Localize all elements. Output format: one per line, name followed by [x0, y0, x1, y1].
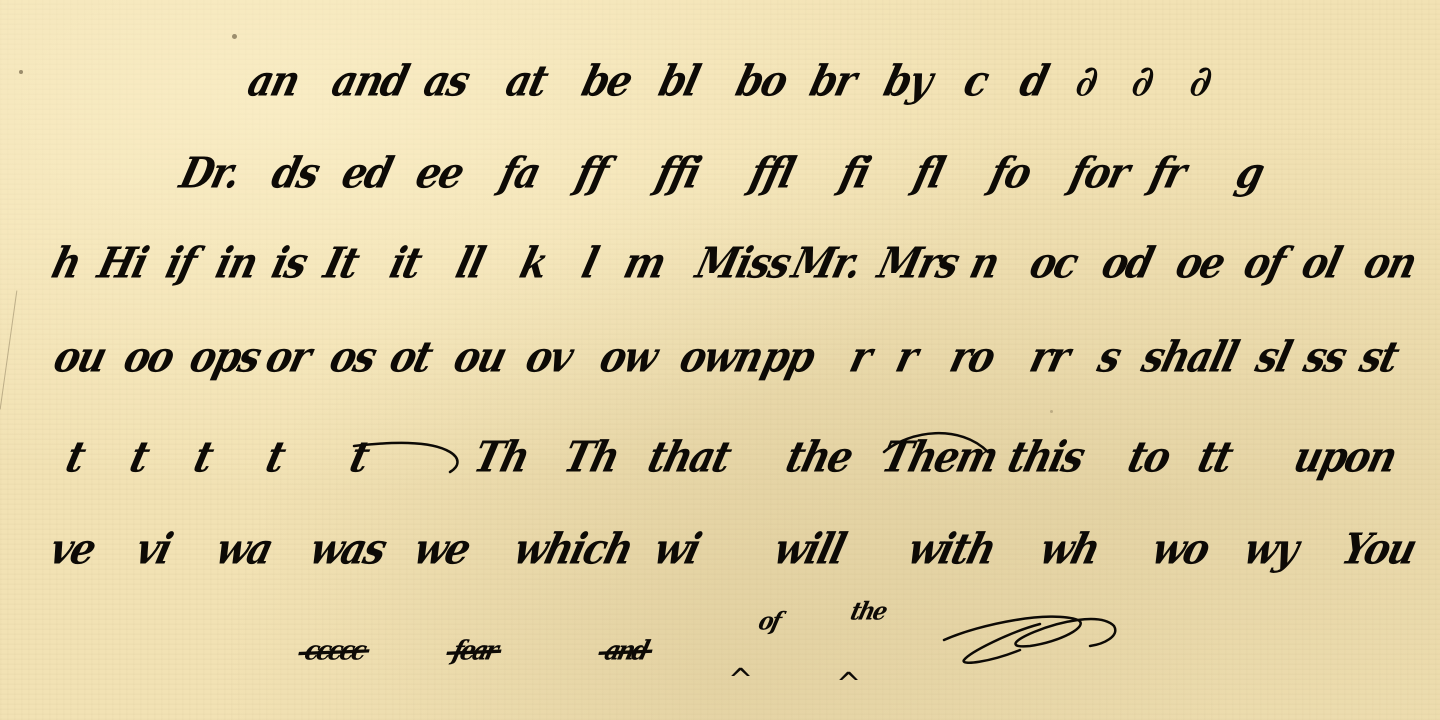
- insertion-caret-1: ^: [728, 666, 753, 696]
- glyph-will: will: [770, 527, 849, 570]
- corrections-row: ccccc fear and of ^ the ^: [0, 590, 1440, 700]
- glyph-row-3: h Hi if in is It it ll k l m Miss Mr. Mr…: [0, 204, 1440, 284]
- glyph-fi: fi: [836, 151, 873, 194]
- glyph-fo: fo: [986, 151, 1034, 194]
- glyph-ll: ll: [452, 241, 487, 284]
- glyph-ve: ve: [46, 527, 99, 570]
- glyph-round-d-3: ∂: [1186, 59, 1215, 102]
- glyph-tt: tt: [1194, 435, 1236, 478]
- glyph-od: od: [1098, 241, 1157, 284]
- glyph-row-4: ou oo ops or os ot ou ov ow own pp r r r…: [0, 298, 1440, 378]
- glyph-ro: ro: [946, 335, 998, 378]
- glyph-at: at: [502, 59, 551, 102]
- glyph-this: this: [1004, 435, 1088, 478]
- glyph-oo: oo: [120, 335, 177, 378]
- glyph-round-d-1: ∂: [1072, 59, 1101, 102]
- glyph-Th-1: Th: [470, 435, 533, 478]
- glyph-as: as: [420, 59, 473, 102]
- glyph-oe: oe: [1172, 241, 1228, 284]
- glyph-it: it: [386, 241, 425, 284]
- glyph-pp: pp: [758, 335, 818, 378]
- glyph-shall: shall: [1138, 335, 1241, 378]
- glyph-ou: ou: [50, 335, 110, 378]
- glyph-wy: wy: [1240, 527, 1301, 570]
- glyph-to: to: [1124, 435, 1174, 478]
- struck-word-2: fear: [450, 637, 498, 664]
- glyph-wa: wa: [212, 527, 276, 570]
- glyph-round-d-2: ∂: [1128, 59, 1157, 102]
- glyph-ffl: ffl: [746, 151, 798, 194]
- glyph-t-1: t: [62, 435, 88, 478]
- glyph-that: that: [644, 435, 734, 478]
- glyph-st: st: [1356, 335, 1402, 378]
- glyph-n: n: [966, 241, 1002, 284]
- glyph-of: of: [1240, 241, 1288, 284]
- glyph-ov: ov: [522, 335, 576, 378]
- glyph-t-4: t: [262, 435, 288, 478]
- glyph-row-1: an and as at be bl bo br by c d ∂ ∂ ∂: [0, 22, 1440, 102]
- glyph-row-2: Dr. ds ed ee fa ff ffi ffl fi fl fo for …: [0, 114, 1440, 194]
- glyph-on: on: [1360, 241, 1420, 284]
- glyph-with: with: [904, 527, 999, 570]
- glyph-g: g: [1232, 151, 1267, 194]
- glyph-Hi: Hi: [94, 241, 151, 284]
- struck-word-1: ccccc: [302, 637, 367, 664]
- glyph-rr: rr: [1026, 335, 1073, 378]
- glyph-d: d: [1016, 59, 1051, 102]
- glyph-fa: fa: [496, 151, 544, 194]
- glyph-ff: ff: [572, 151, 611, 194]
- glyph-wh: wh: [1036, 527, 1103, 570]
- insertion-the: the: [848, 599, 888, 624]
- glyph-t-3: t: [190, 435, 216, 478]
- glyph-m: m: [620, 241, 669, 284]
- glyph-is: is: [268, 241, 310, 284]
- glyph-It: It: [320, 241, 362, 284]
- glyph-fl: fl: [910, 151, 947, 194]
- glyph-bl: bl: [655, 59, 703, 102]
- glyph-fr: fr: [1146, 151, 1189, 194]
- insertion-caret-2: ^: [836, 670, 861, 700]
- glyph-an: an: [244, 59, 303, 102]
- glyph-in: in: [212, 241, 261, 284]
- glyph-oc: oc: [1026, 241, 1081, 284]
- glyph-be: be: [578, 59, 635, 102]
- signature-flourish-icon: [940, 606, 1120, 676]
- glyph-r-round: r: [846, 335, 875, 378]
- glyph-we: we: [410, 527, 474, 570]
- glyph-vi: vi: [132, 527, 175, 570]
- glyph-ou-2: ou: [450, 335, 510, 378]
- glyph-for: for: [1066, 151, 1132, 194]
- glyph-r: r: [892, 335, 921, 378]
- glyph-Miss: Miss: [692, 241, 794, 284]
- glyph-ss: ss: [1300, 335, 1349, 378]
- glyph-ow: ow: [596, 335, 661, 378]
- glyph-ops: ops: [186, 335, 264, 378]
- glyph-k: k: [516, 241, 551, 284]
- glyph-ol: ol: [1298, 241, 1344, 284]
- glyph-os: os: [326, 335, 379, 378]
- glyph-You: You: [1338, 527, 1419, 570]
- glyph-t-2: t: [126, 435, 152, 478]
- glyph-h: h: [48, 241, 84, 284]
- glyph-Mrs: Mrs: [874, 241, 962, 284]
- glyph-was: was: [306, 527, 389, 570]
- glyph-br: br: [806, 59, 859, 102]
- glyph-ee: ee: [412, 151, 467, 194]
- glyph-upon: upon: [1290, 435, 1400, 478]
- glyph-or: or: [262, 335, 314, 378]
- glyph-bo: bo: [732, 59, 791, 102]
- glyph-and: and: [328, 59, 411, 102]
- glyph-row-6: ve vi wa was we which wi will with wh wo…: [0, 490, 1440, 570]
- glyph-ot: ot: [386, 335, 436, 378]
- glyph-l: l: [578, 241, 601, 284]
- glyph-wo: wo: [1148, 527, 1213, 570]
- glyph-own: own: [676, 335, 766, 378]
- long-t-connector: [350, 428, 470, 478]
- glyph-Dr: Dr.: [176, 151, 243, 194]
- struck-word-3: and: [602, 637, 649, 664]
- glyph-ffi: ffi: [652, 151, 704, 194]
- glyph-ds: ds: [268, 151, 323, 194]
- glyph-if: if: [162, 241, 199, 284]
- specimen-sheet: an and as at be bl bo br by c d ∂ ∂ ∂ Dr…: [0, 0, 1440, 720]
- glyph-sl: sl: [1252, 335, 1294, 378]
- glyph-Th-2: Th: [560, 435, 623, 478]
- them-arc: [880, 422, 1000, 462]
- glyph-which: which: [510, 527, 636, 570]
- glyph-s: s: [1094, 335, 1124, 378]
- insertion-of: of: [756, 609, 782, 634]
- glyph-the: the: [782, 435, 856, 478]
- glyph-ed: ed: [338, 151, 395, 194]
- glyph-c: c: [960, 59, 992, 102]
- glyph-by: by: [880, 59, 935, 102]
- glyph-wi: wi: [650, 527, 704, 570]
- glyph-Mr: Mr.: [788, 241, 864, 284]
- glyph-row-5: t t t t t Th Th that the Them this to tt…: [0, 398, 1440, 478]
